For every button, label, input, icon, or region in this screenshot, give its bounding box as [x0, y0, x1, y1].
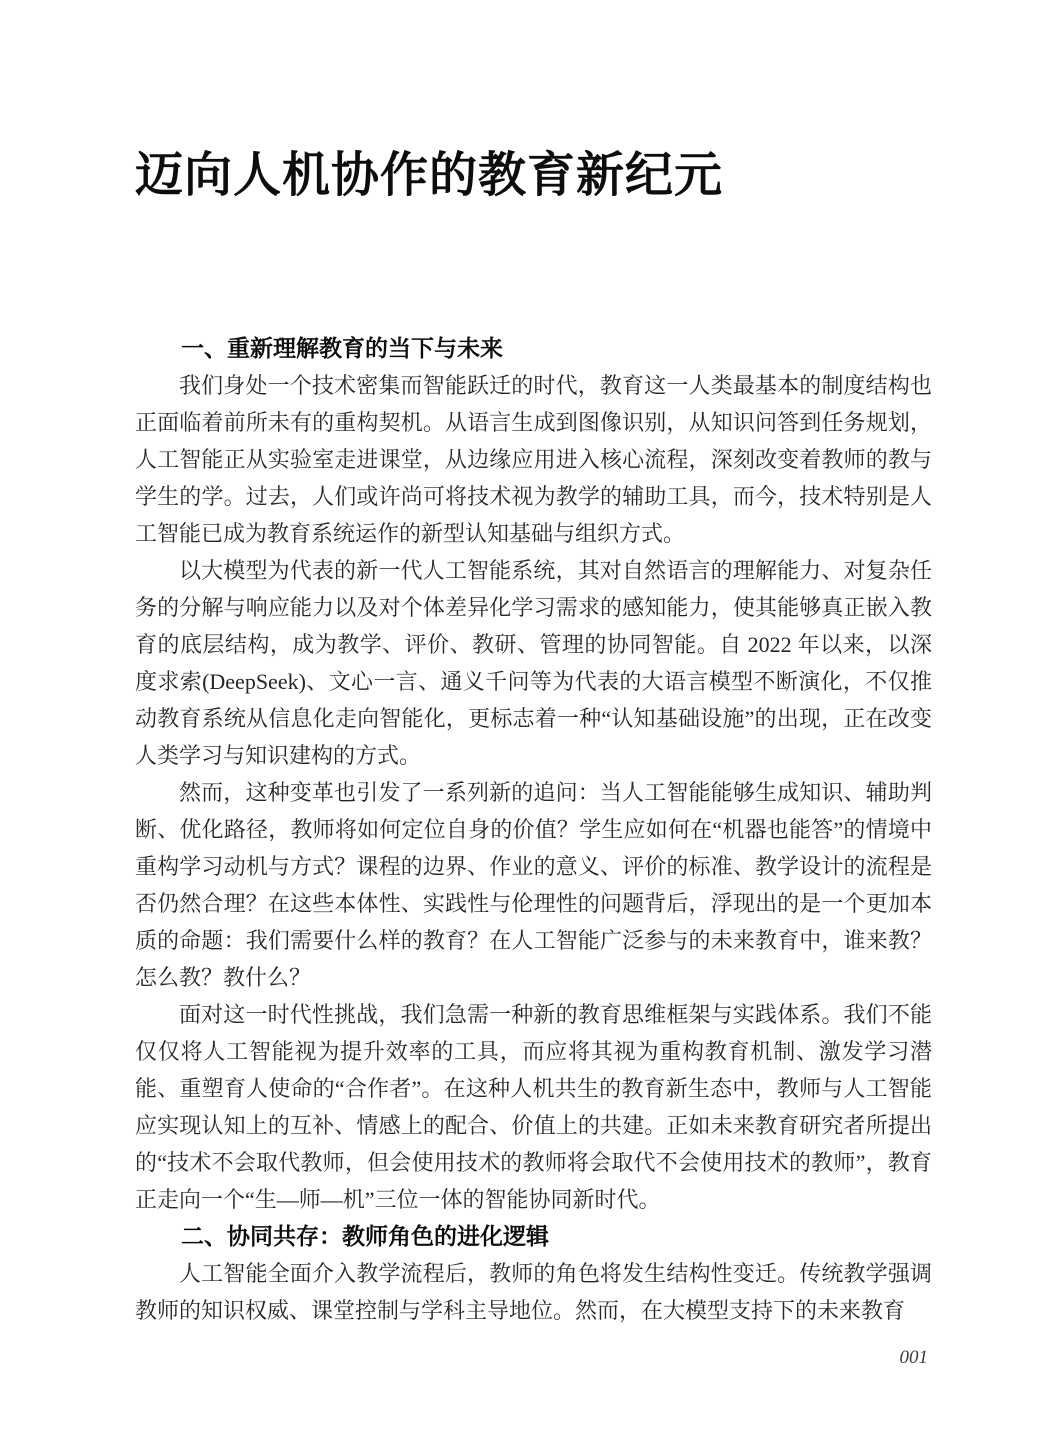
paragraph: 然而，这种变革也引发了一系列新的追问：当人工智能能够生成知识、辅助判断、优化路径… [135, 774, 932, 996]
document-page: 迈向人机协作的教育新纪元 一、重新理解教育的当下与未来 我们身处一个技术密集而智… [0, 0, 1040, 1453]
paragraph: 以大模型为代表的新一代人工智能系统，其对自然语言的理解能力、对复杂任务的分解与响… [135, 552, 932, 774]
section-heading-1: 一、重新理解教育的当下与未来 [135, 330, 932, 367]
paragraph: 人工智能全面介入教学流程后，教师的角色将发生结构性变迁。传统教学强调教师的知识权… [135, 1255, 932, 1329]
article-title: 迈向人机协作的教育新纪元 [135, 141, 723, 211]
page-number: 001 [900, 1347, 929, 1369]
paragraph: 我们身处一个技术密集而智能跃迁的时代，教育这一人类最基本的制度结构也正面临着前所… [135, 367, 932, 552]
section-heading-2: 二、协同共存：教师角色的进化逻辑 [135, 1218, 932, 1255]
article-body: 一、重新理解教育的当下与未来 我们身处一个技术密集而智能跃迁的时代，教育这一人类… [135, 330, 932, 1329]
paragraph: 面对这一时代性挑战，我们急需一种新的教育思维框架与实践体系。我们不能仅仅将人工智… [135, 996, 932, 1218]
